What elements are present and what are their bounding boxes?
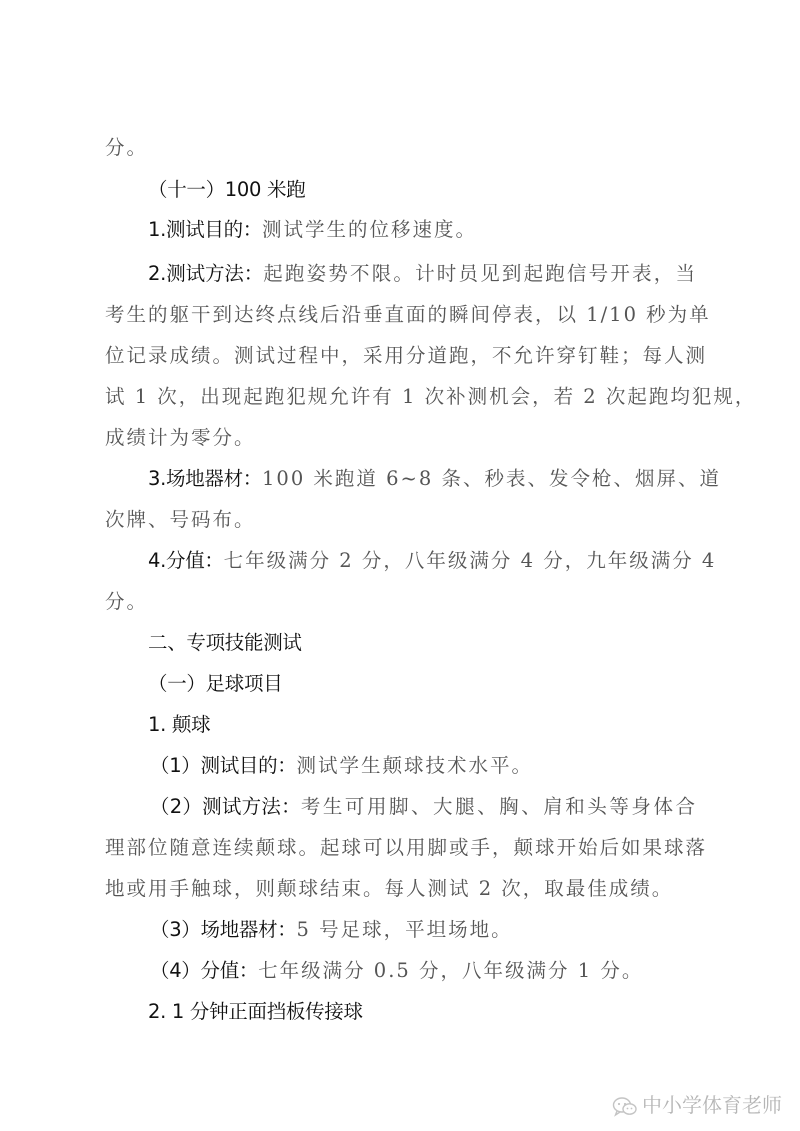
body-text: 考生可用脚、大腿、胸、肩和头等身体合: [301, 795, 697, 818]
body-line: 考生的躯干到达终点线后沿垂直面的瞬间停表，以 1/10 秒为单: [105, 295, 697, 335]
body-text: 测试学生的位移速度。: [262, 218, 477, 241]
field-label: 1.测试目的：: [148, 218, 262, 241]
body-line: 位记录成绩。测试过程中，采用分道跑，不允许穿钉鞋；每人测: [105, 336, 697, 376]
wechat-icon: [612, 1096, 638, 1118]
body-line: 成绩计为零分。: [105, 418, 697, 458]
watermark: 中小学体育老师: [612, 1090, 782, 1120]
body-text: 100 米跑道 6~8 条、秒表、发令枪、烟屏、道: [262, 467, 721, 490]
body-line: 地或用手触球，则颠球结束。每人测试 2 次，取最佳成绩。: [105, 869, 697, 909]
juggling-equipment-line: （3）场地器材：5 号足球，平坦场地。: [150, 910, 697, 950]
body-line: 试 1 次，出现起跑犯规允许有 1 次补测机会，若 2 次起跑均犯规，: [105, 377, 697, 417]
body-line: 理部位随意连续颠球。起球可以用脚或手，颠球开始后如果球落: [105, 828, 697, 868]
field-label: 4.分值：: [148, 549, 224, 572]
juggling-method-line: （2）测试方法：考生可用脚、大腿、胸、肩和头等身体合: [150, 787, 697, 827]
watermark-text: 中小学体育老师: [642, 1093, 782, 1117]
body-text: 七年级满分 2 分，八年级满分 4 分，九年级满分 4: [224, 549, 717, 572]
subsection-heading-football: （一）足球项目: [148, 664, 697, 704]
body-text: 5 号足球，平坦场地。: [297, 918, 513, 941]
test-purpose-line: 1.测试目的：测试学生的位移速度。: [148, 210, 697, 250]
body-line: 分。: [105, 582, 697, 622]
body-text: 测试学生颠球技术水平。: [297, 754, 534, 777]
item-heading-juggling: 1. 颠球: [148, 705, 697, 745]
equipment-line: 3.场地器材：100 米跑道 6~8 条、秒表、发令枪、烟屏、道: [148, 459, 697, 499]
juggling-purpose-line: （1）测试目的：测试学生颠球技术水平。: [150, 746, 697, 786]
field-label: 3.场地器材：: [148, 467, 262, 490]
field-label: （4）分值：: [150, 959, 258, 982]
juggling-score-line: （4）分值：七年级满分 0.5 分，八年级满分 1 分。: [150, 951, 697, 991]
field-label: 2.测试方法：: [148, 262, 263, 285]
test-method-line: 2.测试方法：起跑姿势不限。计时员见到起跑信号开表，当: [148, 254, 697, 294]
paragraph-continuation: 分。: [105, 128, 697, 168]
body-line: 次牌、号码布。: [105, 500, 697, 540]
body-text: 分。: [105, 136, 148, 159]
section-heading-skills: 二、专项技能测试: [148, 623, 697, 663]
field-label: （1）测试目的：: [150, 754, 297, 777]
field-label: （3）场地器材：: [150, 918, 297, 941]
section-heading-100m: （十一）100 米跑: [148, 170, 697, 210]
body-text: 七年级满分 0.5 分，八年级满分 1 分。: [258, 959, 643, 982]
body-text: 起跑姿势不限。计时员见到起跑信号开表，当: [263, 262, 697, 285]
item-heading-pass-receive: 2. 1 分钟正面挡板传接球: [148, 992, 697, 1032]
document-page: 分。 （十一）100 米跑 1.测试目的：测试学生的位移速度。 2.测试方法：起…: [0, 0, 800, 1131]
field-label: （2）测试方法：: [150, 795, 301, 818]
score-line: 4.分值：七年级满分 2 分，八年级满分 4 分，九年级满分 4: [148, 541, 697, 581]
